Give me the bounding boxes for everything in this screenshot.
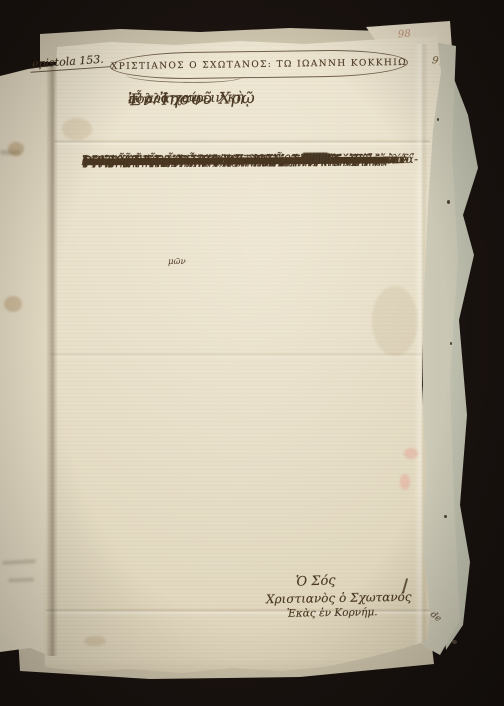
pink-stain bbox=[400, 474, 410, 490]
fold-crease bbox=[46, 352, 430, 359]
fold-crease bbox=[46, 139, 430, 146]
previous-folio-number: 98 bbox=[398, 28, 412, 40]
salutation: Ἐν Ἰησοῦ Χρῷ πολλὰ χαίρειν κὴ εὖ πράττει… bbox=[128, 86, 388, 91]
signature-name: Χριστιανὸς ὁ Σχωτανός bbox=[266, 590, 412, 607]
interlinear-insertion: μῶν bbox=[168, 257, 186, 267]
ink-speck bbox=[437, 118, 439, 121]
foxing-spot bbox=[372, 286, 418, 356]
ink-speck bbox=[450, 342, 452, 345]
manuscript-photo: ΧΡΙΣΤΙΑΝΟΣ Ο ΣΧΩΤΑΝΟΣ: ΤΩ ΙΩΑΝΝΗ ΚΟΚΚΗΙΩ… bbox=[0, 0, 504, 706]
ink-speck bbox=[452, 640, 457, 644]
date-line: λοιπῶν ἐκ τῆς οἰκίας δε. λ Ὀκτωβρ. bbox=[82, 153, 321, 170]
closing: Ὁ Σός bbox=[296, 573, 336, 589]
ink-speck bbox=[444, 515, 447, 518]
pink-stain bbox=[404, 448, 418, 459]
salutation-line-3: εὖ πράττειν. bbox=[128, 90, 204, 105]
foxing-spot bbox=[62, 118, 92, 140]
ink-speck bbox=[447, 200, 450, 204]
foxing-spot bbox=[8, 142, 24, 156]
signature-place: Ἑκὰς ἐν Κορνήμ. bbox=[287, 606, 378, 620]
foxing-spot bbox=[4, 296, 22, 312]
letter-body: Σὺ μὲν ὦπερ εὐδοξότατε κὴ ἐλλογιμώτατε ἐ… bbox=[82, 152, 427, 154]
foxing-spot bbox=[84, 636, 106, 646]
page-gutter-shadow bbox=[46, 66, 58, 656]
header-flourish bbox=[126, 66, 244, 85]
